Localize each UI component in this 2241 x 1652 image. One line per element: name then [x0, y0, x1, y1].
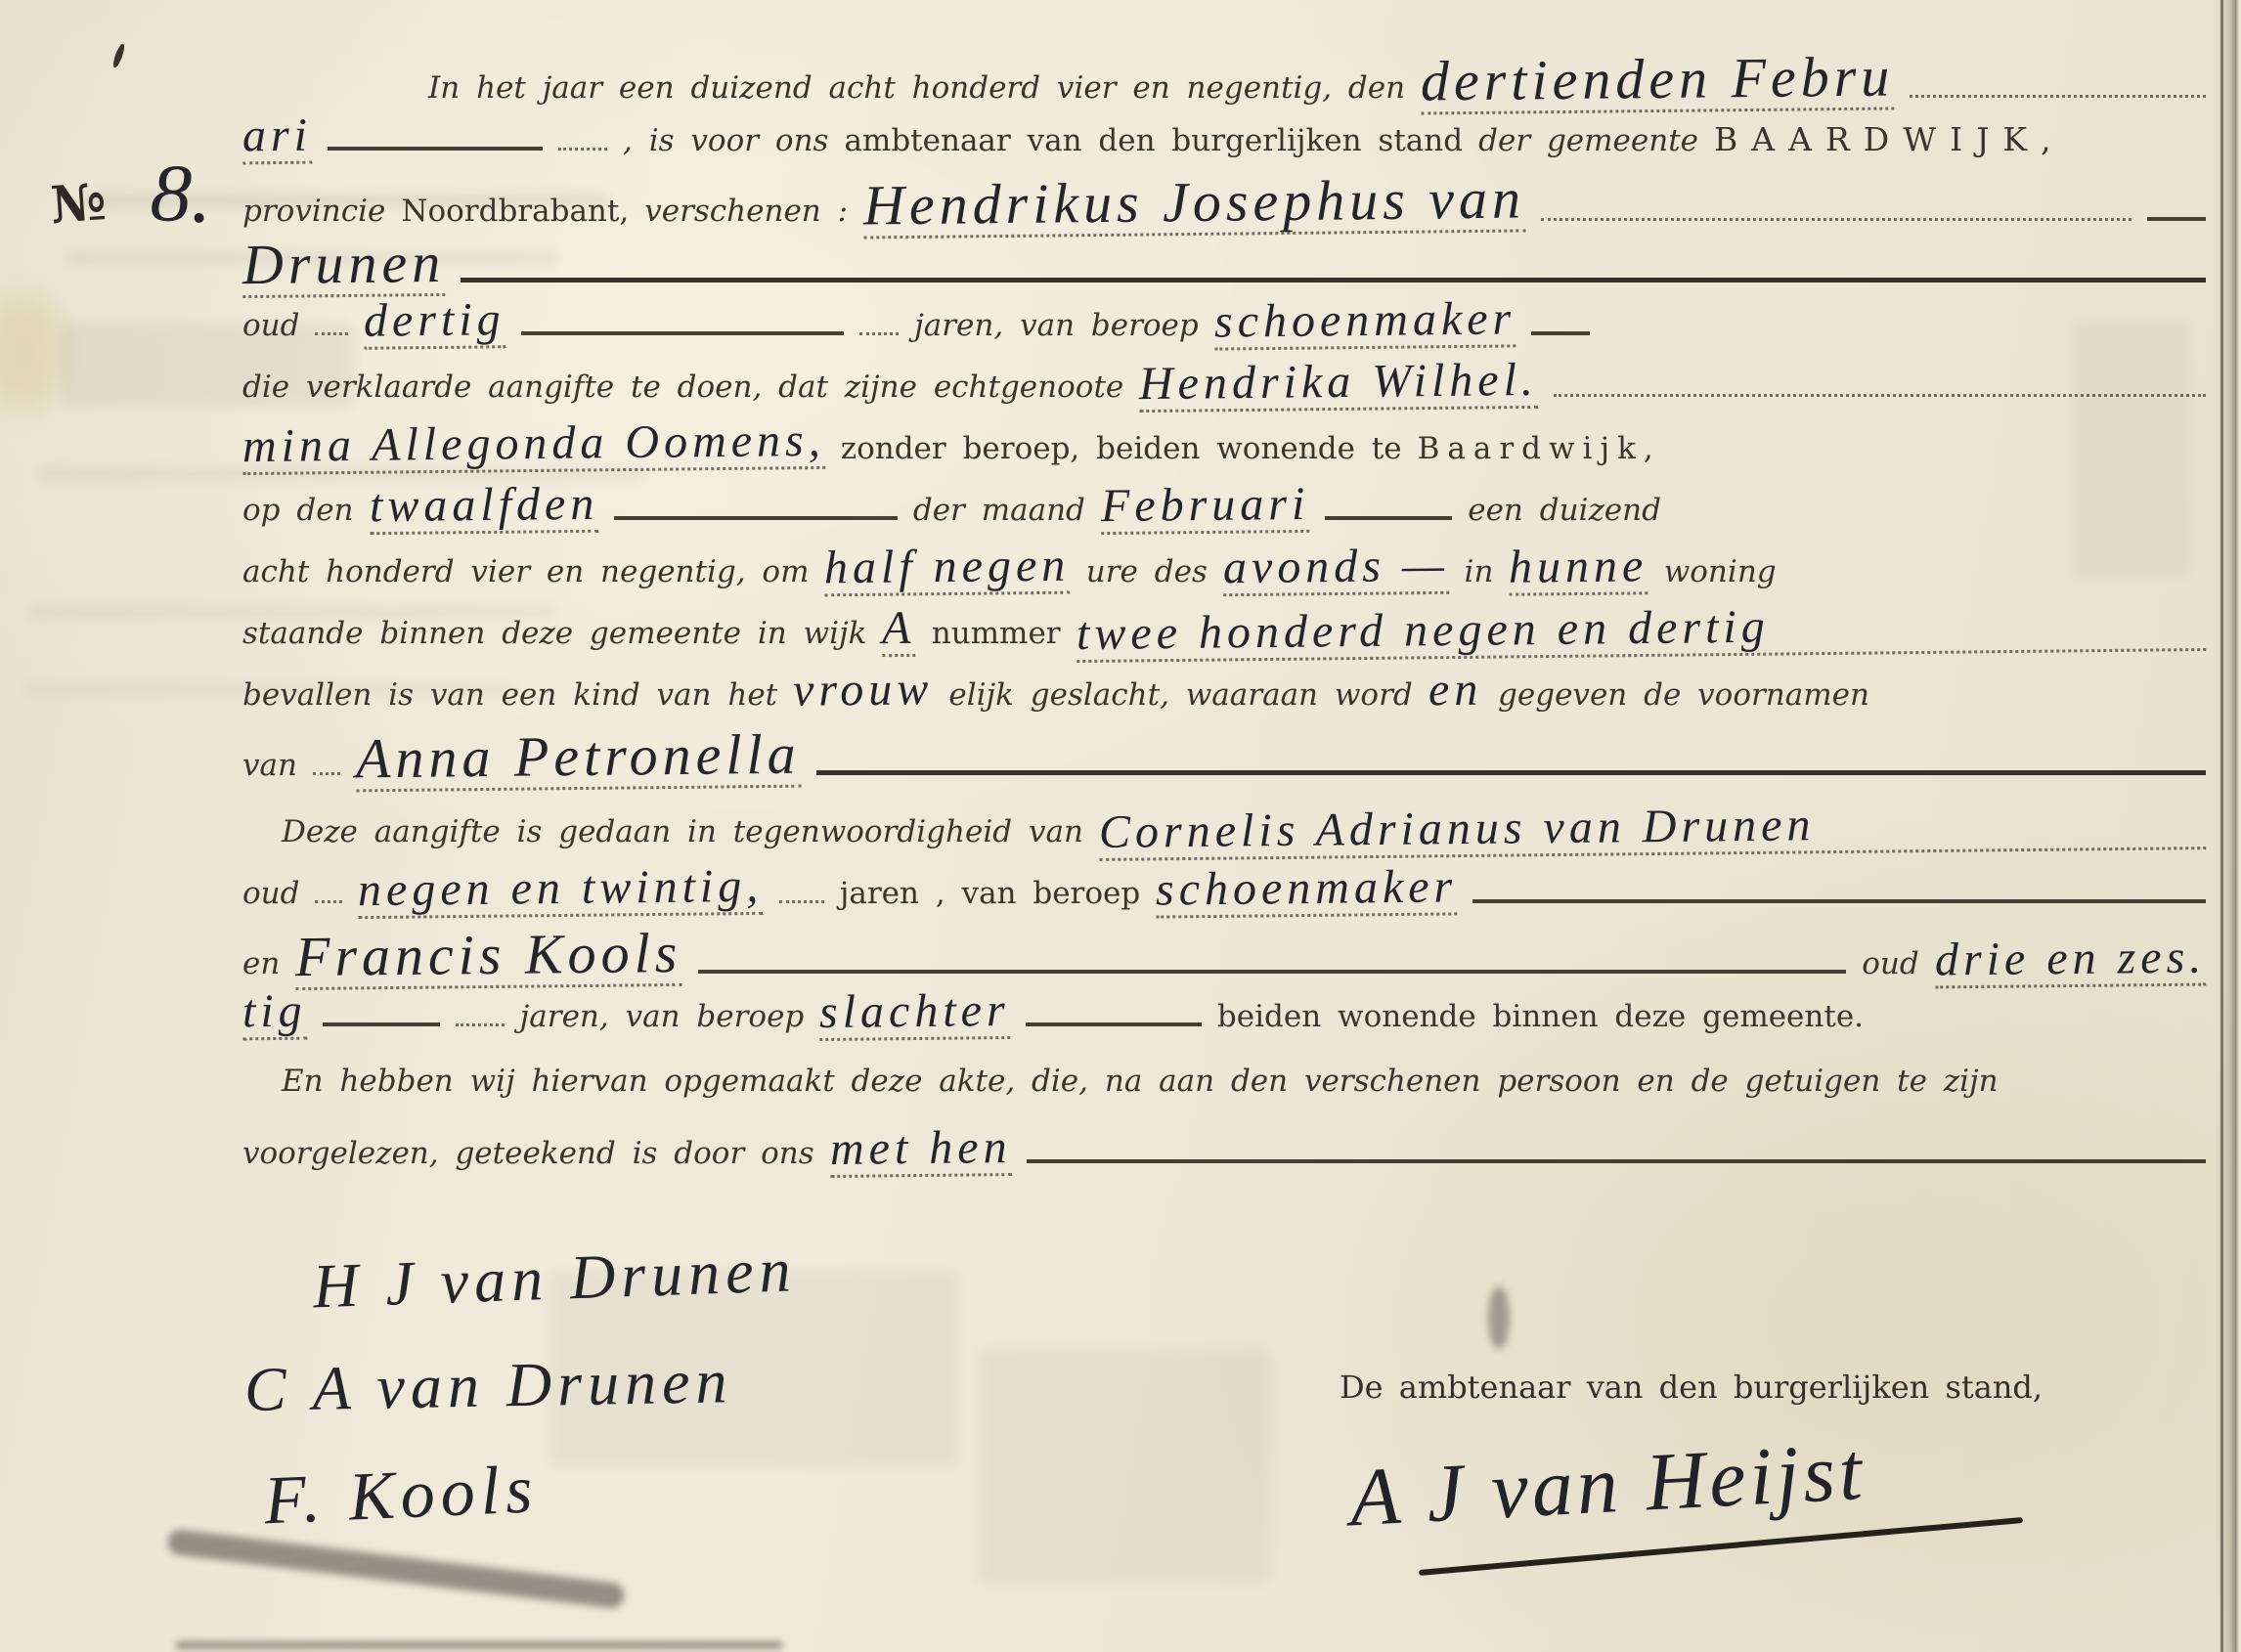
handwritten-house-number: twee honderd negen en dertig [1076, 599, 2206, 663]
ruled-line-fill [1472, 899, 2206, 903]
printed-op-den: op den [242, 493, 354, 528]
handwritten-witness1-name: Cornelis Adrianus van Drunen [1099, 798, 2207, 861]
ruled-line-fill [614, 516, 898, 520]
handwritten-witness2-age: drie en zes. [1934, 935, 2206, 989]
printed-een-duizend: een duizend [1468, 493, 1661, 528]
printed-year-continued: acht honderd vier en negentig, om [242, 554, 809, 589]
act-body: In het jaar een duizend acht honderd vie… [242, 51, 2206, 1187]
act-line-18: voorgelezen, geteekend is door ons met h… [242, 1125, 2206, 1187]
handwritten-met-hen: met hen [829, 1124, 1011, 1178]
handwritten-mother-name: Hendrika Wilhel. [1139, 357, 1538, 413]
numero-symbol: № [49, 172, 110, 236]
printed-is-voor-ons: , is voor ons [623, 123, 828, 158]
act-line-15: en Francis Kools oud drie en zes. [242, 927, 2206, 988]
ruled-line-fill [1531, 331, 1590, 335]
act-line-6: die verklaarde aangifte te doen, dat zij… [242, 359, 2206, 420]
ruled-line-fill [779, 900, 824, 903]
printed-wonende-gemeente: beiden wonende binnen deze gemeente. [1217, 999, 1864, 1034]
act-line-14: oud negen en twintig, jaren , van beroep… [242, 865, 2206, 927]
ruled-line-fill [456, 1023, 505, 1026]
printed-en: en [242, 946, 280, 981]
printed-geslacht: elijk geslacht, waaraan word [948, 677, 1412, 713]
page-edge-shadow [2216, 0, 2241, 1652]
act-line-5: oud dertig jaren, van beroep schoenmaker [242, 297, 2206, 359]
ruled-line-fill [1554, 394, 2206, 397]
act-number-value: 8. [149, 146, 213, 242]
handwritten-witness2-occupation: slachter [819, 987, 1010, 1041]
ruled-line-fill [1541, 218, 2131, 221]
official-title: De ambtenaar van den burgerlijken stand, [1340, 1369, 2112, 1406]
ruled-line-fill [1910, 95, 2206, 98]
act-line-3: provincie Noordbrabant, verschenen : Hen… [242, 174, 2206, 236]
ruled-line-fill [313, 772, 340, 775]
page-bottom-edge [176, 1642, 782, 1648]
birth-certificate-scan: № 8. In het jaar een duizend acht honder… [0, 0, 2241, 1652]
signature-witness-1: H J van Drunen [242, 1217, 798, 1342]
handwritten-declarant-occupation: schoenmaker [1213, 295, 1516, 350]
ruled-line-fill [558, 148, 607, 151]
municipality-name: BAARDWIJK, [1714, 120, 2065, 158]
printed-voornamen: gegeven de voornamen [1498, 677, 1869, 713]
handwritten-date: dertienden Febru [1421, 48, 1895, 114]
handwritten-child-names: Anna Petronella [356, 726, 801, 793]
ruled-line-fill [328, 147, 543, 151]
act-line-2: ari , is voor ons ambtenaar van den burg… [242, 112, 2206, 174]
page-edge-line [2220, 0, 2223, 1652]
handwritten-witness1-occupation: schoenmaker [1156, 863, 1458, 918]
handwritten-birth-month: Februari [1101, 481, 1310, 535]
act-line-9: acht honderd vier en negentig, om half n… [242, 543, 2206, 605]
printed-jaren-beroep-3: jaren, van beroep [520, 999, 805, 1034]
act-line-4: Drunen [242, 236, 2206, 297]
official-signature-block: De ambtenaar van den burgerlijken stand,… [1340, 1369, 2112, 1549]
residence-name: Baardwijk, [1418, 431, 1661, 466]
handwritten-declarant-surname: Drunen [242, 235, 446, 298]
paper-speck [111, 43, 126, 69]
printed-wijk: staande binnen deze gemeente in wijk [242, 616, 866, 651]
handwritten-hunne: hunne [1509, 543, 1648, 595]
handwritten-mother-name-continued: mina Allegonda Oomens, [242, 417, 825, 475]
handwritten-birth-time: half negen [824, 543, 1071, 597]
printed-ure-des: ure des [1086, 554, 1208, 589]
ruled-line-fill [1325, 516, 1452, 520]
handwritten-witness2-name: Francis Kools [295, 925, 682, 990]
printed-jaren-beroep-2: jaren , van beroep [840, 876, 1140, 911]
ruled-line-fill [1026, 1022, 1202, 1026]
printed-oud: oud [242, 308, 299, 343]
ruled-line-fill [816, 770, 2206, 775]
printed-oud-3: oud [1862, 946, 1918, 981]
bleed-through-mark [978, 1349, 1271, 1584]
printed-opening: In het jaar een duizend acht honderd vie… [428, 70, 1405, 106]
handwritten-time-period: avonds — [1223, 543, 1449, 596]
printed-official-intro: ambtenaar van den burgerlijken stand [844, 123, 1463, 158]
printed-witness-intro: Deze aangifte is gedaan in tegenwoordigh… [282, 814, 1083, 849]
ruled-line-fill [323, 1022, 440, 1026]
signature-witness-2: C A van Drunen [243, 1327, 797, 1443]
printed-provincie: provincie [242, 194, 385, 229]
ruled-line-fill [315, 332, 348, 335]
province-name: Noordbrabant, [401, 194, 629, 229]
act-line-1: In het jaar een duizend acht honderd vie… [242, 51, 2206, 112]
ruled-line-fill [521, 331, 844, 335]
printed-echtgenoote: die verklaarde aangifte te doen, dat zij… [242, 370, 1123, 405]
witness-signatures: H J van Drunen C A van Drunen F. Kools [244, 1227, 797, 1543]
handwritten-gender: vrouw [793, 666, 934, 714]
printed-oud-2: oud [242, 876, 299, 911]
printed-van: van [242, 748, 297, 783]
printed-closing-2: voorgelezen, geteekend is door ons [242, 1136, 814, 1171]
handwritten-witness1-age: negen en twintig, [358, 863, 764, 919]
act-line-13: Deze aangifte is gedaan in tegenwoordigh… [242, 804, 2206, 865]
handwritten-witness2-age-continued: tig [242, 988, 307, 1041]
handwritten-wijk-letter: A [882, 605, 916, 657]
act-line-10: staande binnen deze gemeente in wijk A n… [242, 605, 2206, 667]
printed-bevallen: bevallen is van een kind van het [242, 677, 777, 713]
handwritten-birth-day: twaalfden [369, 481, 598, 535]
handwritten-date-continued: ari [242, 112, 313, 165]
act-line-7: mina Allegonda Oomens, zonder beroep, be… [242, 420, 2206, 482]
printed-verschenen: verschenen : [644, 194, 848, 229]
handwritten-declarant-age: dertig [364, 296, 505, 350]
ruled-line-fill [859, 332, 899, 335]
ruled-line-fill [1027, 1159, 2206, 1163]
ruled-line-fill [461, 278, 2206, 283]
ruled-line-fill [698, 970, 1847, 974]
printed-jaren-beroep: jaren, van beroep [914, 308, 1199, 343]
printed-closing-1: En hebben wij hiervan opgemaakt deze akt… [282, 1064, 1999, 1099]
act-line-17: En hebben wij hiervan opgemaakt deze akt… [242, 1064, 2206, 1125]
printed-der-gemeente: der gemeente [1478, 123, 1698, 158]
act-line-8: op den twaalfden der maand Februari een … [242, 482, 2206, 543]
handwritten-declarant-name: Hendrikus Josephus van [863, 170, 1526, 239]
printed-nummer: nummer [932, 616, 1061, 651]
paper-stain [0, 293, 68, 411]
printed-woning: woning [1664, 554, 1777, 589]
act-line-12: van Anna Petronella [242, 728, 2206, 790]
ink-smudge [1488, 1286, 1510, 1349]
act-line-16: tig jaren, van beroep slachter beiden wo… [242, 988, 2206, 1050]
signature-official: A J van Heijst [1347, 1412, 2114, 1546]
handwritten-word-suffix: en [1428, 667, 1482, 715]
printed-in: in [1465, 554, 1494, 589]
ruled-line-fill [2147, 217, 2206, 221]
ruled-line-fill [315, 900, 342, 903]
printed-zonder-beroep: zonder beroep, beiden wonende te [841, 431, 1402, 466]
act-line-11: bevallen is van een kind van het vrouw e… [242, 667, 2206, 728]
act-number-block: № 8. [51, 147, 237, 241]
printed-der-maand: der maand [913, 493, 1085, 528]
signature-witness-3: F. Kools [242, 1426, 799, 1556]
